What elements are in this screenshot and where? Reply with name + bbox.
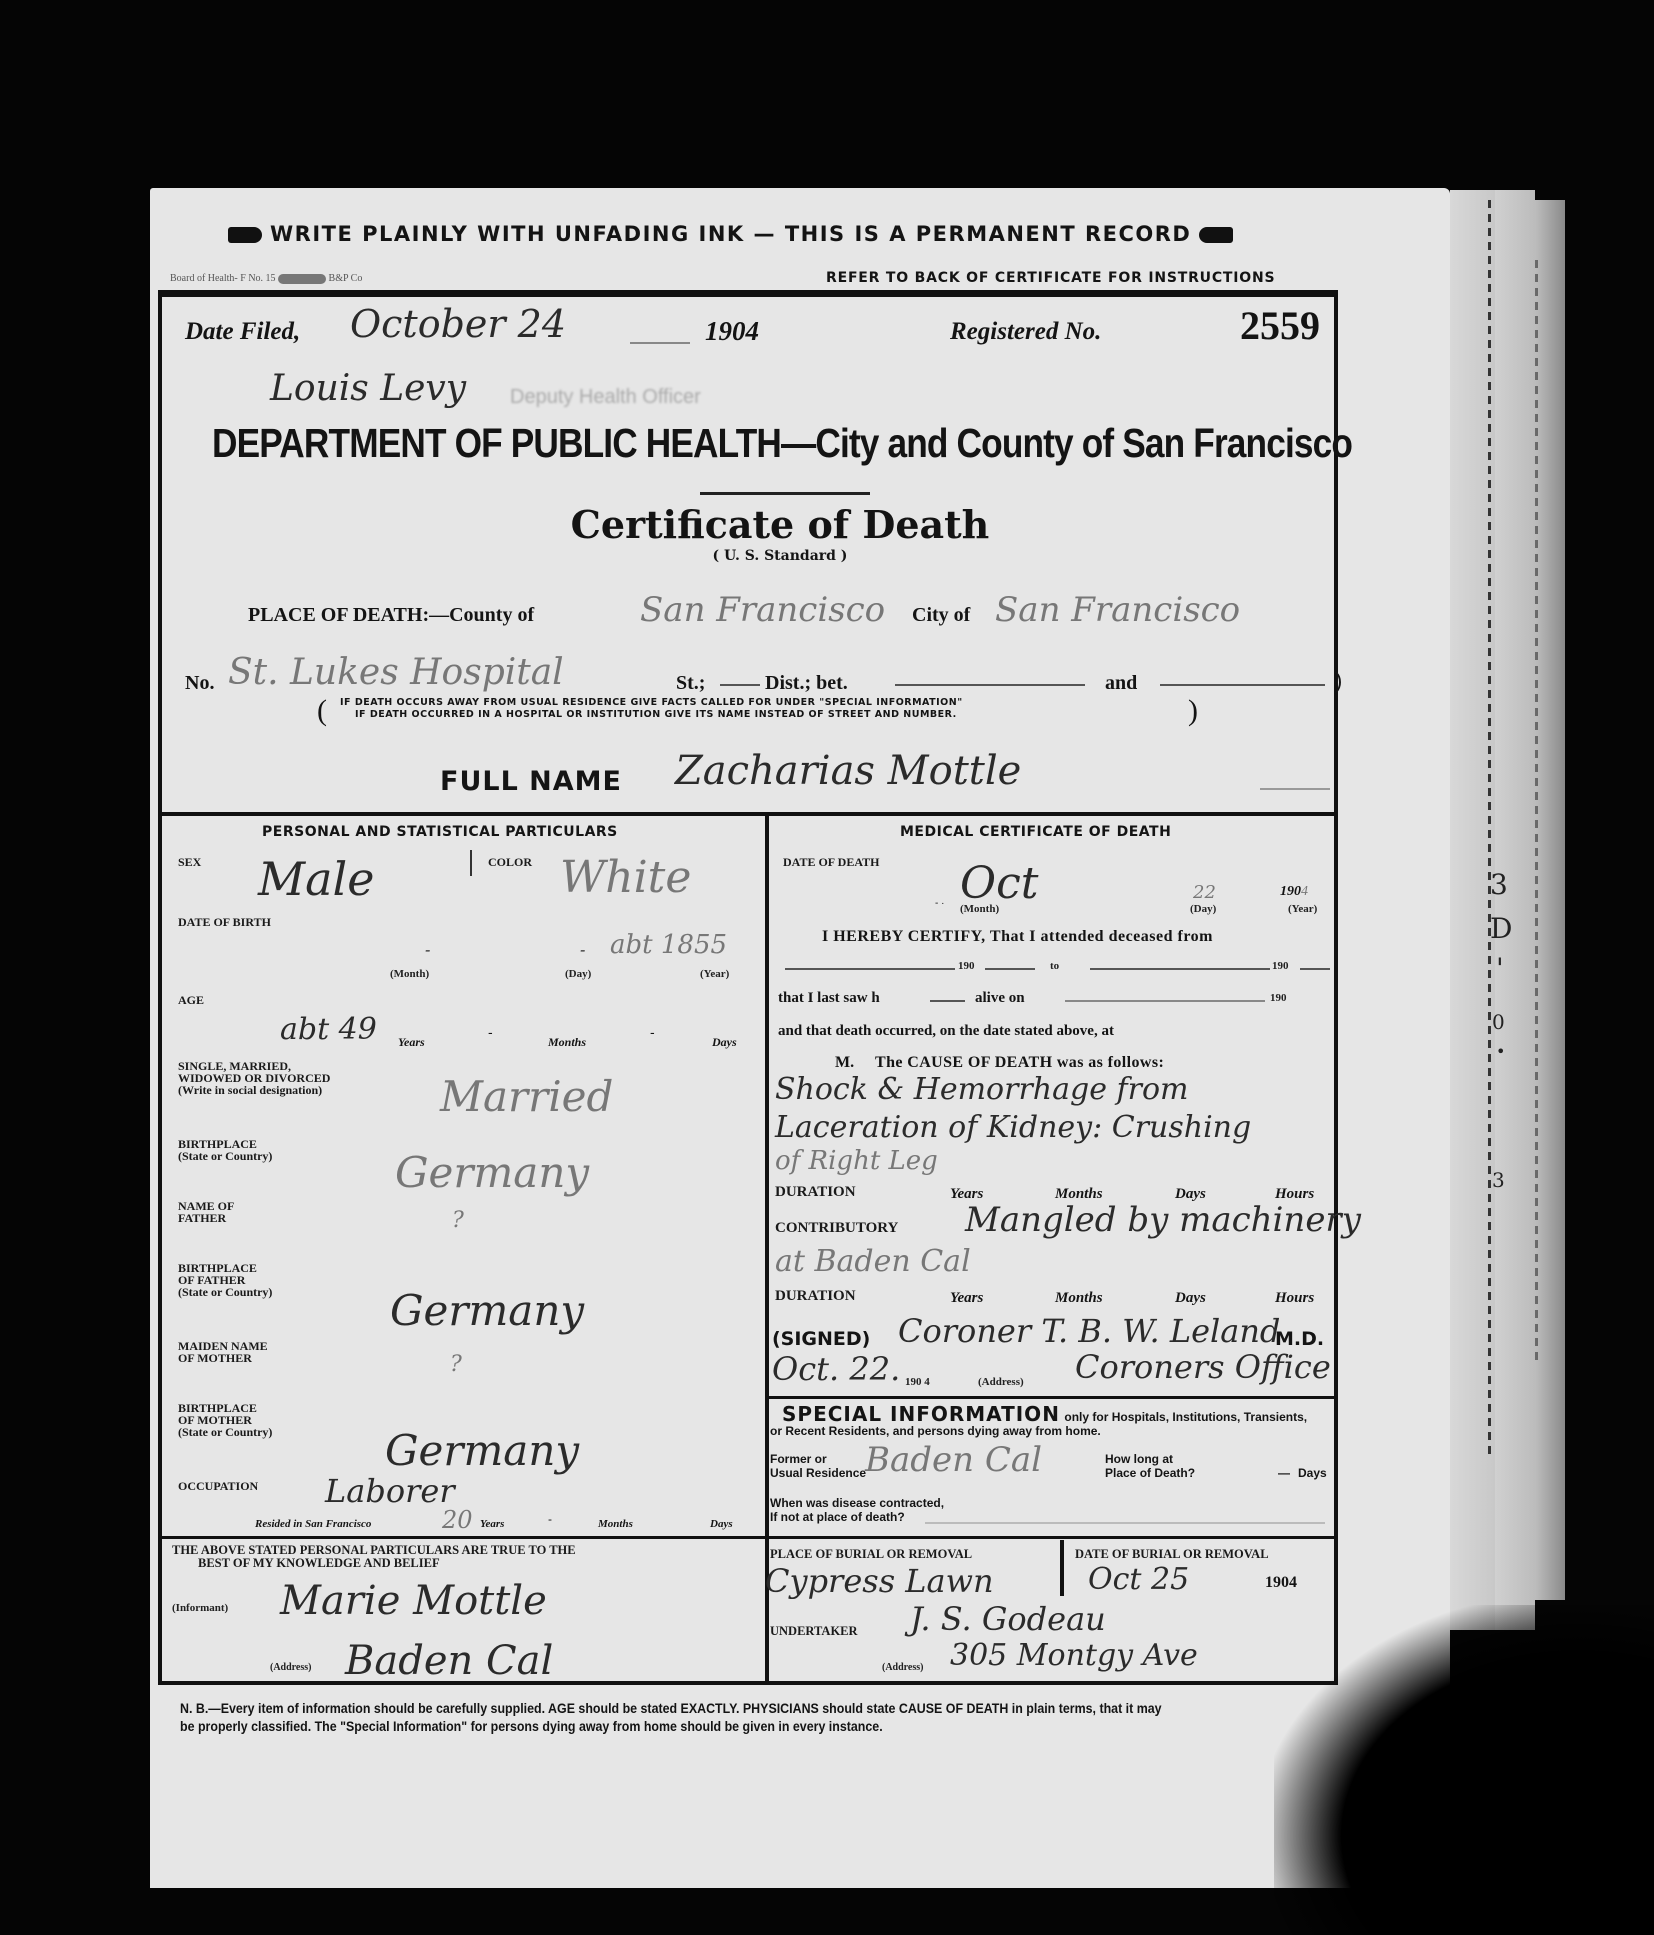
resided-label: Resided in San Francisco <box>255 1518 371 1530</box>
permanent-record-banner: WRITE PLAINLY WITH UNFADING INK — THIS I… <box>220 222 1241 246</box>
contributory-line-2: at Baden Cal <box>775 1244 971 1279</box>
former-label-1: Former or <box>770 1452 866 1466</box>
m-label: M. <box>835 1054 854 1072</box>
cause-line-1: Shock & Hemorrhage from <box>775 1072 1188 1107</box>
special-heading-big: SPECIAL INFORMATION <box>782 1402 1060 1426</box>
scan-shadow <box>1274 1605 1654 1935</box>
paren: ) <box>1188 694 1198 728</box>
from-190: 190 <box>958 960 975 972</box>
field-divider <box>1060 1540 1064 1596</box>
to-190: 190 <box>1272 960 1289 972</box>
informant-value: Marie Mottle <box>280 1578 547 1624</box>
medical-heading: MEDICAL CERTIFICATE OF DEATH <box>900 824 1171 840</box>
place-note-1: IF DEATH OCCURS AWAY FROM USUAL RESIDENC… <box>340 697 963 708</box>
occupation-value: Laborer <box>325 1472 455 1510</box>
section-divider <box>162 812 1334 816</box>
signer-address-label: (Address) <box>978 1376 1024 1388</box>
color-label: COLOR <box>488 856 532 868</box>
dod-year-prefix: 190 <box>1280 884 1301 899</box>
father-birthplace-label-3: (State or Country) <box>178 1286 272 1298</box>
days-label: Days <box>1298 1466 1327 1480</box>
certify-line: I HEREBY CERTIFY, That I attended deceas… <box>822 928 1213 946</box>
undertaker-address-label: (Address) <box>882 1662 923 1673</box>
registered-label: Registered No. <box>950 318 1101 346</box>
day-caption: (Day) <box>565 968 591 980</box>
burial-place-label: PLACE OF BURIAL OR REMOVAL <box>770 1548 972 1560</box>
margin-mark: 3 <box>1490 868 1508 901</box>
birthplace-value: Germany <box>395 1148 589 1197</box>
blank-line <box>985 968 1035 970</box>
date-filed-year: 1904 <box>705 316 759 347</box>
refer-note: REFER TO BACK OF CERTIFICATE FOR INSTRUC… <box>826 270 1275 286</box>
blank-line <box>785 968 955 970</box>
date-filed-value: October 24 <box>350 302 566 346</box>
informant-address-label: (Address) <box>270 1662 311 1673</box>
page-edge-line <box>1535 260 1538 1360</box>
blank-line <box>895 684 1085 686</box>
duration-months-2: Months <box>1055 1290 1103 1307</box>
signed-date: Oct. 22. <box>772 1350 900 1388</box>
mother-birthplace-label-3: (State or Country) <box>178 1426 272 1438</box>
dod-year-suffix: 4 <box>1301 884 1308 899</box>
blank-line <box>1260 788 1330 790</box>
cause-line-3: of Right Leg <box>775 1146 938 1176</box>
last-saw-label: that I last saw h <box>778 990 880 1007</box>
footer-note: N. B.—Every item of information should b… <box>180 1700 1174 1736</box>
dist-label: Dist.; bet. <box>765 672 848 695</box>
undertaker-label: UNDERTAKER <box>770 1625 858 1637</box>
age-days: - <box>650 1024 655 1040</box>
alive-190: 190 <box>1270 992 1287 1004</box>
age-label: AGE <box>178 994 204 1006</box>
field-divider <box>470 850 472 876</box>
month-caption: (Month) <box>390 968 429 980</box>
margin-mark: D <box>1490 912 1512 945</box>
resided-years: 20 <box>442 1506 473 1534</box>
blank-line <box>930 1000 965 1002</box>
how-long-label-1: How long at <box>1105 1452 1195 1466</box>
years-caption: Years <box>398 1035 425 1050</box>
street-value: St. Lukes Hospital <box>228 652 564 693</box>
special-heading: SPECIAL INFORMATION only for Hospitals, … <box>782 1402 1307 1426</box>
birthplace-label: BIRTHPLACE (State or Country) <box>178 1138 272 1162</box>
department-title: DEPARTMENT OF PUBLIC HEALTH—City and Cou… <box>212 420 1352 467</box>
father-birthplace-value: Germany <box>390 1286 584 1335</box>
duration-years-2: Years <box>950 1290 983 1307</box>
blank-line <box>720 684 760 686</box>
mother-birthplace-label: BIRTHPLACE OF MOTHER (State or Country) <box>178 1402 272 1438</box>
year-caption: (Year) <box>700 968 729 980</box>
father-birthplace-label: BIRTHPLACE OF FATHER (State or Country) <box>178 1262 272 1298</box>
mother-birthplace-value: Germany <box>385 1426 579 1475</box>
printer-mark: Board of Health- F No. 15 B&P Co <box>170 273 362 284</box>
dod-month: Oct <box>960 858 1038 909</box>
dot-leader: - · <box>935 898 944 909</box>
alive-on-label: alive on <box>975 990 1025 1007</box>
former-label-2: Usual Residence <box>770 1466 866 1480</box>
registered-number: 2559 <box>1240 302 1320 349</box>
undertaker-address: 305 Montgy Ave <box>950 1638 1198 1673</box>
pointing-hand-icon <box>1199 227 1233 243</box>
former-residence-value: Baden Cal <box>865 1440 1042 1480</box>
marital-value: Married <box>440 1072 613 1121</box>
margin-mark: ' <box>1496 952 1504 985</box>
sex-value: Male <box>258 852 374 906</box>
months-caption: Months <box>548 1035 586 1050</box>
blank-line <box>1065 1000 1265 1002</box>
city-label: City of <box>912 604 970 627</box>
signed-label: (SIGNED) <box>772 1328 870 1350</box>
special-heading-line2: or Recent Residents, and persons dying a… <box>770 1424 1101 1438</box>
father-name-value: ? <box>452 1208 464 1233</box>
md-label: M.D. <box>1275 1328 1324 1350</box>
margin-mark: • <box>1496 1042 1505 1061</box>
printer-mark-text: Board of Health- F No. 15 <box>170 273 276 284</box>
occurred-line: and that death occurred, on the date sta… <box>778 1023 1114 1040</box>
dob-label: DATE OF BIRTH <box>178 916 271 928</box>
signer-address: Coroners Office <box>1075 1348 1331 1386</box>
mother-maiden-value: ? <box>450 1352 462 1377</box>
full-name-value: Zacharias Mottle <box>675 748 1021 794</box>
dob-day: - <box>580 940 585 959</box>
days-caption: Days <box>712 1035 737 1050</box>
dod-day: 22 <box>1193 882 1216 903</box>
duration-hours-2: Hours <box>1275 1290 1314 1307</box>
date-filed-label: Date Filed, <box>185 318 300 346</box>
birthplace-label-2: (State or Country) <box>178 1150 272 1162</box>
how-long-label-2: Place of Death? <box>1105 1466 1195 1480</box>
paren: ( <box>317 694 327 728</box>
marital-label-3: (Write in social designation) <box>178 1084 330 1096</box>
resided-days-caption: Days <box>710 1518 733 1530</box>
father-name-label: NAME OF FATHER <box>178 1200 234 1224</box>
street-no-label: No. <box>185 672 214 695</box>
page-edge-line <box>1488 200 1491 1460</box>
st-label: St.; <box>676 672 705 695</box>
former-residence-label: Former or Usual Residence <box>770 1452 866 1480</box>
section-divider <box>162 1536 766 1539</box>
column-divider <box>765 815 769 1683</box>
margin-mark: 0 <box>1492 1010 1505 1034</box>
standard-subtitle: ( U. S. Standard ) <box>570 548 990 564</box>
title-rule <box>700 492 870 495</box>
cause-line-2: Laceration of Kidney: Crushing <box>775 1110 1251 1145</box>
attest-line-1: THE ABOVE STATED PERSONAL PARTICULARS AR… <box>172 1544 576 1556</box>
officer-title: Deputy Health Officer <box>510 386 701 409</box>
section-divider <box>767 1536 1334 1539</box>
informant-address: Baden Cal <box>345 1638 553 1684</box>
pointing-hand-icon <box>228 227 262 243</box>
resided-months: - <box>548 1512 552 1526</box>
resided-months-caption: Months <box>598 1518 633 1530</box>
margin-mark: 3 <box>1492 1168 1505 1192</box>
certificate-title: Certificate of Death <box>570 502 990 547</box>
undertaker-value: J. S. Godeau <box>910 1600 1106 1638</box>
printer-mark-right: B&P Co <box>329 273 363 284</box>
burial-date-label: DATE of BURIAL or REMOVAL <box>1075 1548 1269 1560</box>
contributory-label: CONTRIBUTORY <box>775 1222 898 1234</box>
union-label-icon <box>278 274 326 284</box>
attest-line-2: BEST OF MY KNOWLEDGE AND BELIEF <box>198 1557 440 1569</box>
section-divider <box>767 1396 1334 1399</box>
contracted-label-1: When was disease contracted, <box>770 1496 944 1510</box>
special-heading-rest: only for Hospitals, Institutions, Transi… <box>1064 1410 1307 1424</box>
blank-line <box>630 342 690 344</box>
blank-line <box>1090 968 1270 970</box>
page-edge-stack <box>1535 200 1565 1600</box>
cause-label: The CAUSE OF DEATH was as follows: <box>875 1054 1164 1072</box>
duration-label: DURATION <box>775 1186 856 1198</box>
dod-month-caption: (Month) <box>960 903 999 915</box>
color-value: White <box>560 852 691 903</box>
signed-year: 190 4 <box>905 1376 930 1388</box>
burial-date-value: Oct 25 <box>1088 1562 1189 1597</box>
banner-text: WRITE PLAINLY WITH UNFADING INK — THIS I… <box>270 222 1191 246</box>
duration-label-2: DURATION <box>775 1290 856 1302</box>
resided-years-caption: Years <box>480 1518 504 1530</box>
blank-line <box>1160 684 1325 686</box>
how-long-label: How long at Place of Death? <box>1105 1452 1195 1480</box>
page-edge-stack <box>1495 190 1535 1630</box>
how-long-value: — <box>1278 1466 1290 1480</box>
full-name-label: FULL NAME <box>440 766 622 797</box>
city-value: San Francisco <box>995 590 1240 630</box>
blank-line <box>1300 968 1330 970</box>
mother-maiden-label: MAIDEN NAME OF MOTHER <box>178 1340 268 1364</box>
duration-days-2: Days <box>1175 1290 1206 1307</box>
signed-by: Coroner T. B. W. Leland <box>898 1312 1280 1350</box>
sex-label: SEX <box>178 856 201 868</box>
informant-label: (Informant) <box>172 1602 228 1614</box>
paren: ) <box>1335 668 1342 694</box>
dob-month: - <box>425 940 430 959</box>
dod-year: 1904 <box>1280 884 1308 900</box>
dod-year-caption: (Year) <box>1288 903 1317 915</box>
county-value: San Francisco <box>640 590 885 630</box>
personal-heading: PERSONAL AND STATISTICAL PARTICULARS <box>262 824 618 840</box>
age-months: - <box>488 1024 493 1040</box>
occupation-label: OCCUPATION <box>178 1480 258 1492</box>
dob-year: abt 1855 <box>610 930 727 960</box>
blank-line <box>925 1522 1325 1524</box>
burial-place-value: Cypress Lawn <box>765 1562 994 1600</box>
age-years: abt 49 <box>280 1012 377 1047</box>
and-label: and <box>1105 672 1137 695</box>
father-name-label-2: FATHER <box>178 1212 234 1224</box>
contracted-label: When was disease contracted, If not at p… <box>770 1496 944 1524</box>
marital-label: SINGLE, MARRIED, WIDOWED OR DIVORCED (Wr… <box>178 1060 330 1096</box>
contributory-line-1: Mangled by machinery <box>965 1200 1361 1240</box>
dod-day-caption: (Day) <box>1190 903 1216 915</box>
officer-signature: Louis Levy <box>270 368 466 409</box>
contracted-label-2: If not at place of death? <box>770 1510 944 1524</box>
burial-year: 1904 <box>1265 1574 1297 1592</box>
to-label: to <box>1050 960 1059 972</box>
place-of-death-label: PLACE OF DEATH:—County of <box>248 604 534 627</box>
place-note-2: IF DEATH OCCURRED IN A HOSPITAL OR INSTI… <box>355 709 957 720</box>
dod-label: DATE OF DEATH <box>783 856 879 868</box>
mother-maiden-label-2: OF MOTHER <box>178 1352 268 1364</box>
